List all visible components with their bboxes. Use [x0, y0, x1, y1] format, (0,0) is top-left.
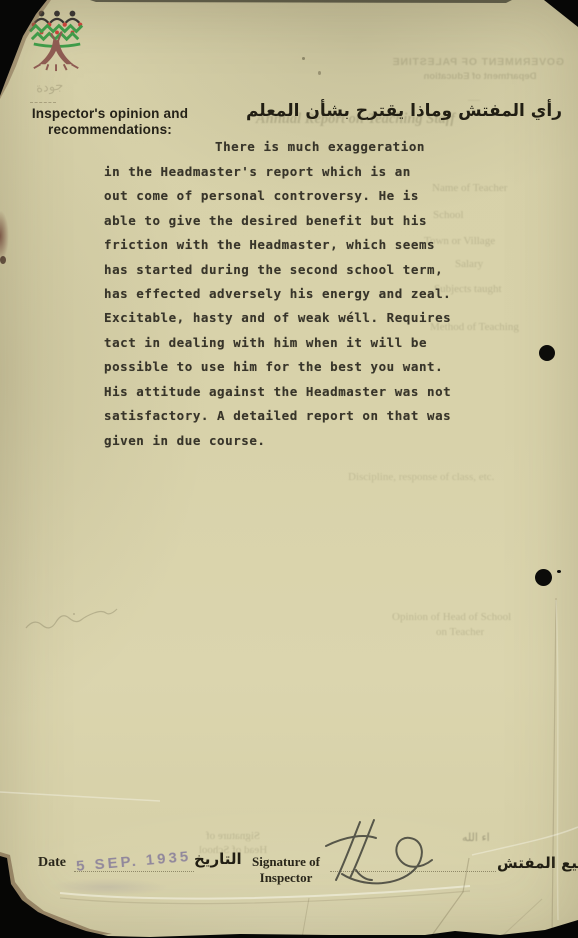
bleedthrough-gov-line1: GOVERNMENT OF PALESTINE [396, 56, 564, 68]
hole-punch-dot [535, 569, 552, 586]
body-line: His attitude against the Headmaster was … [104, 384, 451, 399]
logo-caption-underline [30, 102, 56, 103]
ink-speck [557, 570, 561, 573]
scanned-document-page: GOVERNMENT OF PALESTINE Department of Ed… [0, 0, 578, 938]
body-line: friction with the Headmaster, which seem… [104, 237, 435, 252]
inspector-opinion-heading-line1: Inspector's opinion and [30, 106, 190, 122]
inspector-signature [312, 816, 440, 888]
paper-speck [302, 57, 305, 60]
bleedthrough-label-school: School [433, 209, 464, 221]
body-line: possible to use him for the best you wan… [104, 359, 443, 374]
bleedthrough-arabic-fragment: اء الله [462, 831, 490, 844]
inspector-opinion-heading-arabic: رأي المفتش وماذا يقترح بشأن المعلم [246, 101, 562, 121]
bleedthrough-discipline: Discipline, response of class, etc. [348, 471, 494, 483]
body-line: out come of personal controversy. He is [104, 188, 419, 203]
faint-handwriting-scribble [22, 606, 122, 638]
edge-tear-speck [0, 256, 6, 264]
body-line: given in due course. [104, 433, 266, 448]
inspector-opinion-heading: Inspector's opinion and recommendations: [30, 106, 190, 137]
signature-label-arabic: توقيع المفتش [497, 854, 578, 872]
bleedthrough-label-name: Name of Teacher [432, 182, 507, 194]
body-line: in the Headmaster's report which is an [104, 164, 411, 179]
emblem-figures [35, 19, 79, 23]
body-line: There is much exaggeration [215, 139, 425, 154]
inspector-opinion-heading-line2: recommendations: [30, 122, 190, 138]
paper-speck [318, 71, 321, 75]
body-line: has started during the second school ter… [104, 262, 443, 277]
bleedthrough-sig-line1: Signature of [148, 830, 318, 842]
bleedthrough-label-salary: Salary [455, 258, 483, 270]
body-line: satisfactory. A detailed report on that … [104, 408, 451, 423]
tree-emblem-logo [28, 8, 86, 80]
bleedthrough-opinion-line1: Opinion of Head of School [392, 611, 511, 623]
hole-punch-dot [539, 345, 555, 361]
body-line: Excitable, hasty and of weak wéll. Requi… [104, 310, 451, 325]
stamp-ink-smudge [48, 878, 168, 896]
date-label-arabic: التاريخ [194, 850, 242, 868]
body-line: able to give the desired benefit but his [104, 213, 427, 228]
bleedthrough-gov-line2: Department of Education [396, 71, 564, 82]
body-line: tact in dealing with him when it will be [104, 335, 427, 350]
body-line: has effected adversely his energy and ze… [104, 286, 451, 301]
bleedthrough-opinion-line2: on Teacher [436, 626, 484, 638]
date-label: Date [38, 855, 66, 871]
bleedthrough-government-block: GOVERNMENT OF PALESTINE Department of Ed… [396, 56, 564, 82]
